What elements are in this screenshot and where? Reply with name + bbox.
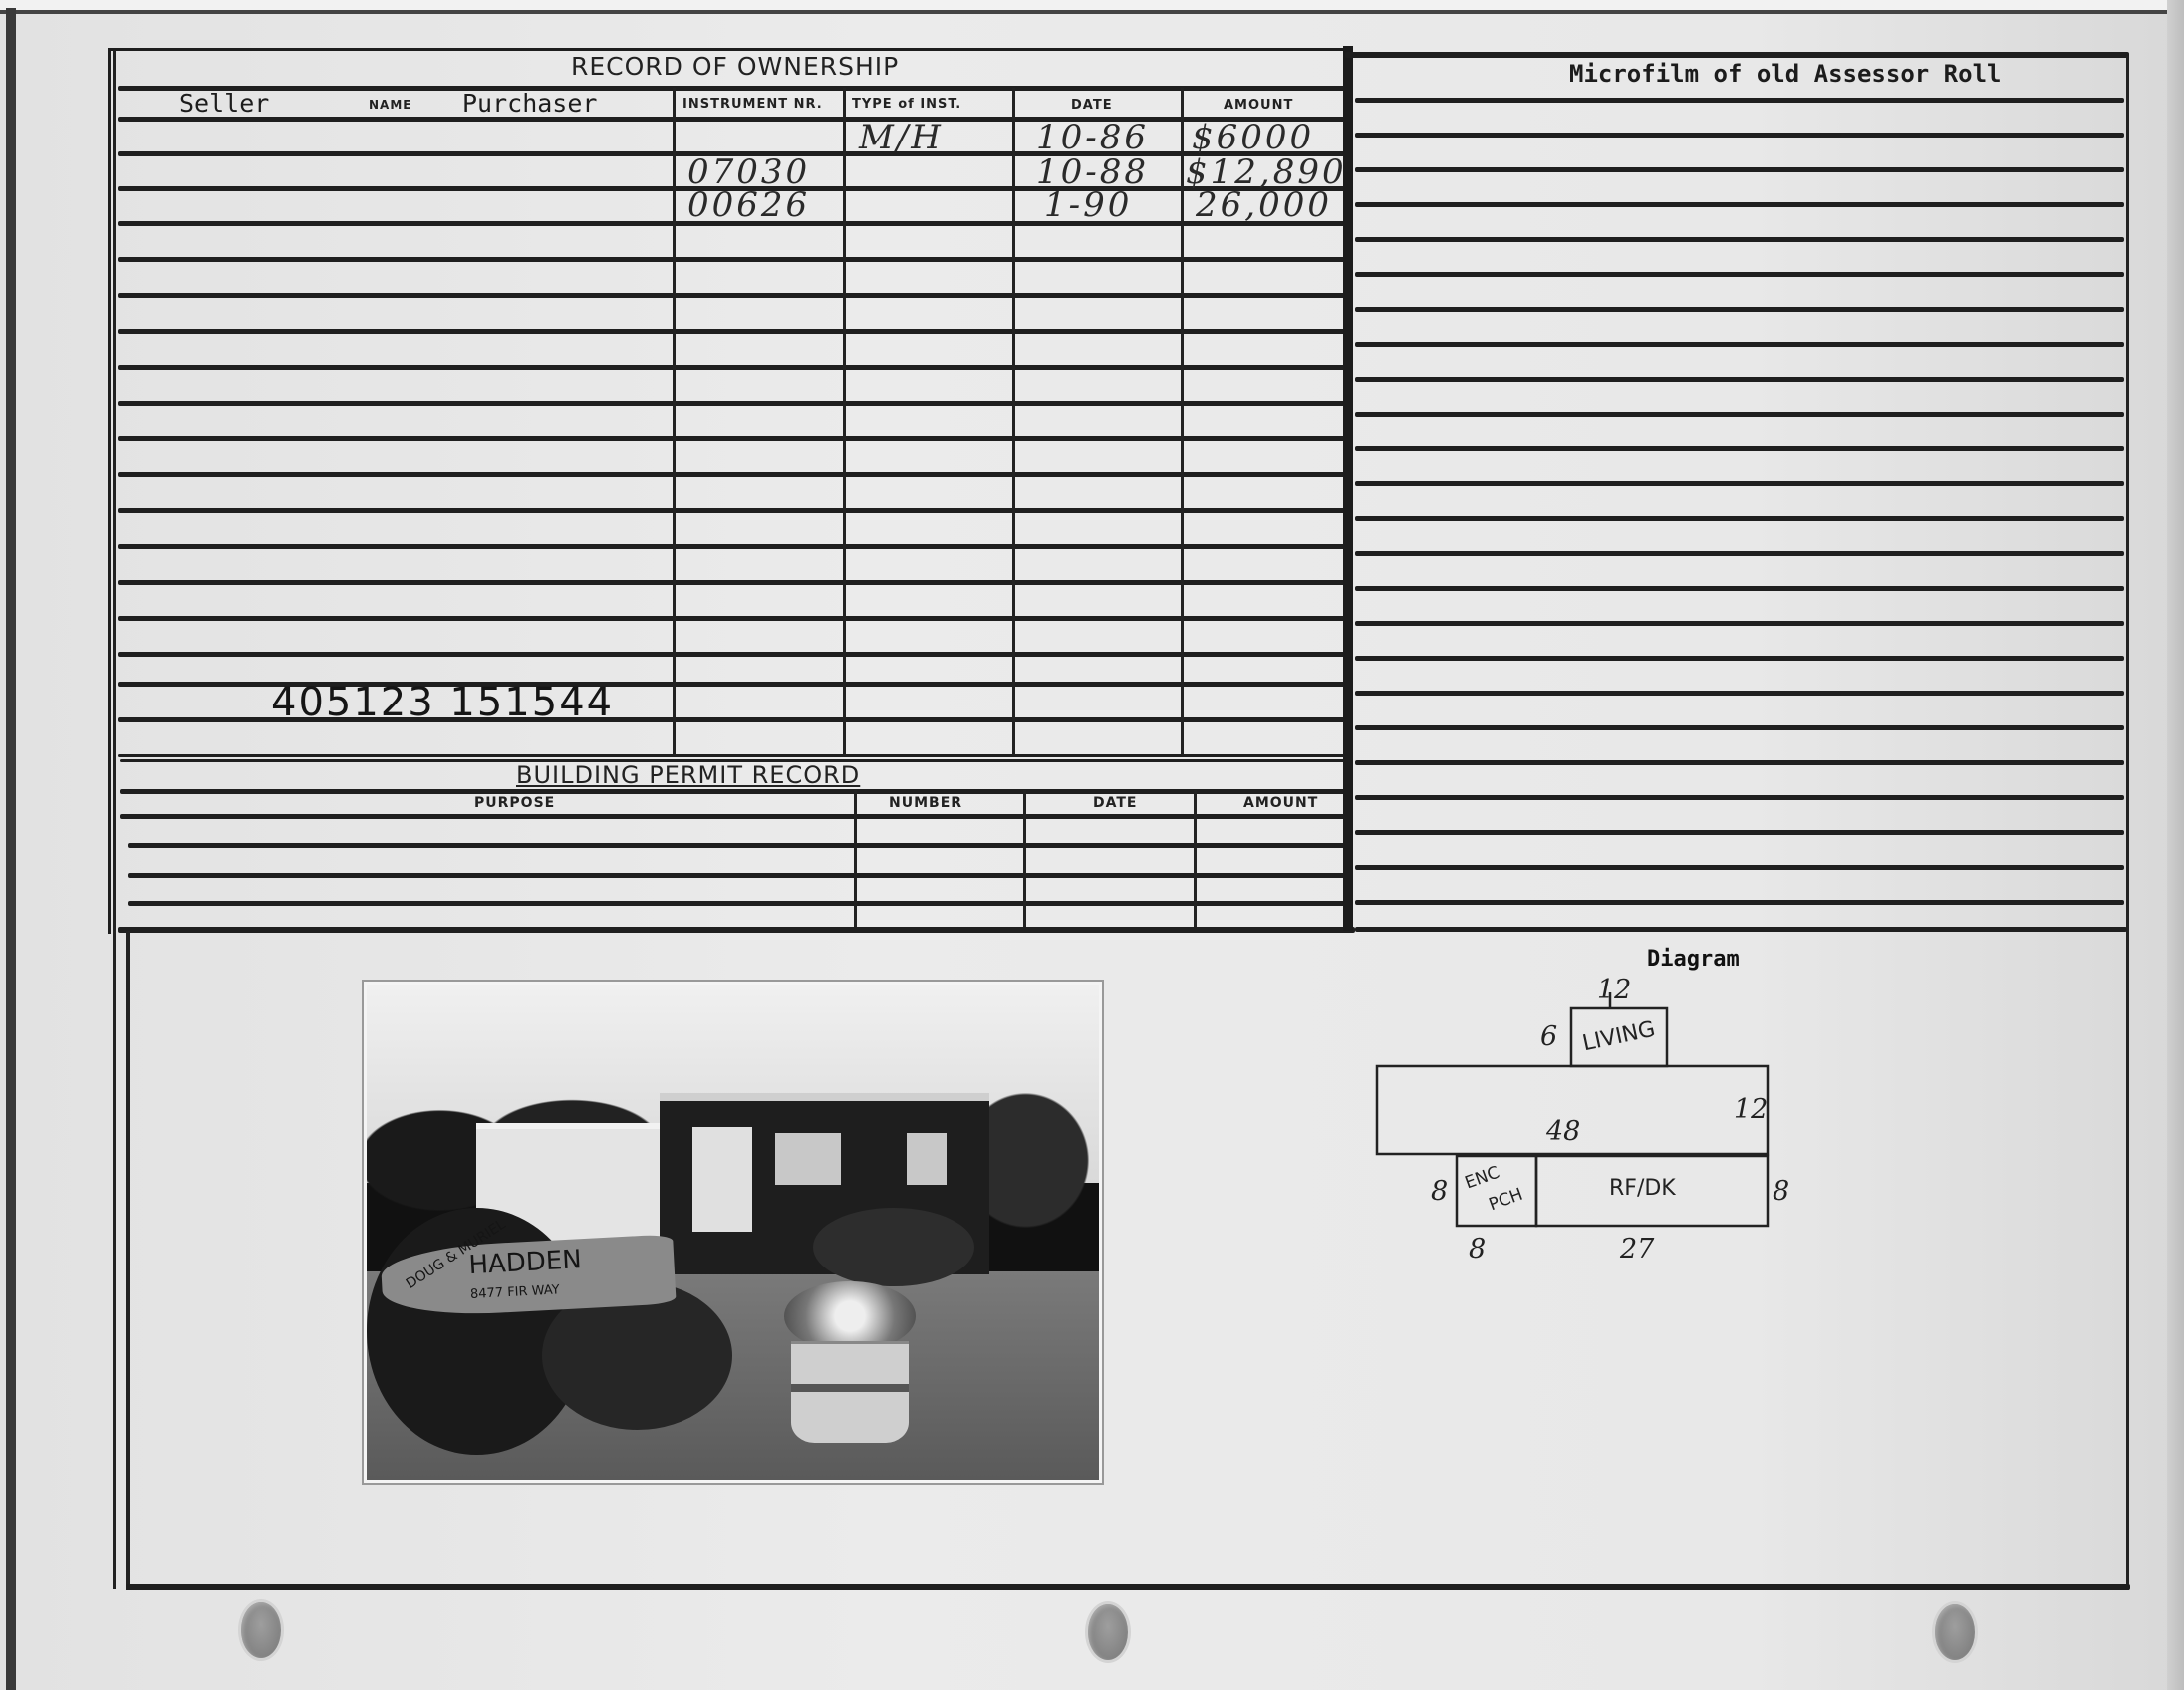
photo-planter-barrel [791,1341,909,1443]
rule [1355,760,2124,765]
ownership-title: RECORD OF OWNERSHIP [571,52,899,81]
rule [118,580,1345,585]
sign-address: 8477 FIR WAY [469,1283,559,1303]
scan-right-edge [2167,0,2184,1690]
scanned-record-card: RECORD OF OWNERSHIP Seller NAME Purchase… [0,0,2184,1690]
rule [118,927,1355,933]
parcel-numbers: 405123 151544 [271,680,614,725]
rule [1355,307,2124,312]
dim-main-depth: 12 [1734,1094,1768,1125]
dim-porch-width: 8 [1469,1234,1486,1265]
rule [1355,342,2124,347]
rule [1355,586,2124,591]
col-divider [843,88,846,755]
header-type: TYPE of INST. [852,97,961,112]
col-divider [854,790,857,930]
permit-header-date: DATE [1093,795,1137,811]
row1-type: M/H [859,118,944,157]
photo-door-panel [692,1127,752,1231]
col-divider [1023,790,1026,930]
scan-left-edge [6,8,16,1690]
rule [118,652,1345,657]
rule [1355,551,2124,556]
rule [118,329,1345,334]
punch-hole [1935,1604,1975,1660]
rule [120,789,1345,794]
dim-deck-width: 27 [1620,1234,1654,1265]
photo-window [907,1133,947,1185]
rule [118,117,1345,122]
header-instrument: INSTRUMENT NR. [682,97,823,112]
rule [118,293,1345,298]
scan-top-edge [0,0,2184,14]
rule [1355,377,2124,382]
rule [1355,237,2124,242]
dim-main-length: 48 [1546,1116,1580,1147]
rule [1355,927,2127,932]
rule [1355,900,2124,905]
permit-header-number: NUMBER [889,795,962,811]
rule [118,754,1345,757]
rule [118,257,1345,262]
row1-amount: $6000 [1192,118,1314,157]
rule [1355,202,2124,207]
rule [128,843,1345,848]
rule [118,401,1345,406]
punch-hole [241,1602,281,1658]
rule [118,616,1345,621]
rule [1355,621,2124,626]
header-purchaser: Purchaser [462,89,597,118]
lower-left-border [126,931,130,1590]
col-divider [673,88,676,755]
col-divider [1181,88,1184,755]
rule [118,472,1345,477]
header-seller: Seller [179,89,269,118]
rule [1355,98,2124,103]
rule [1355,830,2124,835]
rule [1355,725,2124,730]
rule [1355,272,2124,277]
rule [1345,52,2129,58]
rule [118,436,1345,441]
rule [1355,133,2124,138]
rule [1355,691,2124,696]
header-amount: AMOUNT [1224,98,1293,113]
permit-header-purpose: PURPOSE [474,795,555,811]
property-photo: DOUG & MURIEL HADDEN 8477 FIR WAY [364,982,1102,1483]
rule [1355,167,2124,172]
rule [1355,865,2124,870]
rule [120,814,1345,819]
microfilm-title: Microfilm of old Assessor Roll [1569,60,2001,88]
row3-instrument: 00626 [687,185,810,225]
rule [128,901,1345,906]
photo-window [775,1133,841,1185]
rule [118,544,1345,549]
sign-surname: HADDEN [467,1245,582,1280]
permit-header-amount: AMOUNT [1243,795,1318,811]
header-date: DATE [1071,98,1113,113]
row3-date: 1-90 [1044,185,1132,225]
dim-deck-depth: 8 [1773,1176,1789,1207]
punch-hole [1088,1604,1128,1660]
building-diagram: Diagram 12 6 LIVING 12 48 8 ENC PCH RF/D… [1365,937,1823,1275]
dim-porch-depth: 8 [1431,1176,1448,1207]
rule [128,873,1345,878]
dim-living-width: 12 [1597,975,1631,1005]
col-divider [1012,88,1015,755]
rule [1355,481,2124,486]
rule [1355,516,2124,521]
right-border [2126,56,2129,1590]
permit-title: BUILDING PERMIT RECORD [516,761,860,789]
rule [1355,412,2124,417]
header-name: NAME [369,98,411,112]
panel-divider [1343,46,1353,931]
rule [1355,795,2124,800]
col-divider [1194,790,1197,930]
dim-living-depth: 6 [1540,1021,1557,1052]
row1-date: 10-86 [1036,118,1149,157]
rule [1355,446,2124,451]
rule [1355,656,2124,661]
rule [118,365,1345,370]
photo-shrub [813,1208,974,1287]
label-roof-deck: RF/DK [1609,1176,1676,1201]
row3-amount: 26,000 [1196,185,1332,225]
rule [118,508,1345,513]
left-double-rule [113,50,116,1589]
lower-bottom-border [126,1584,2130,1590]
rule [118,86,1345,91]
